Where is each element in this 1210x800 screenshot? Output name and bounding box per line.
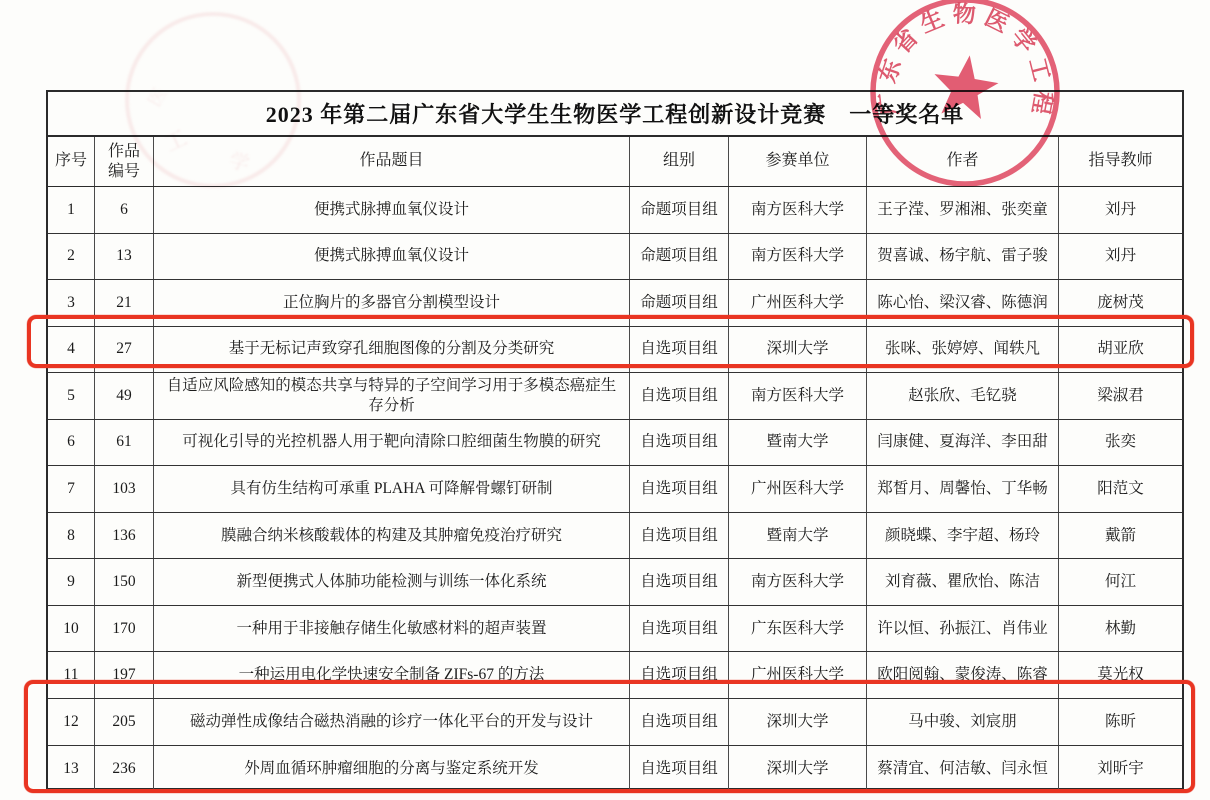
cell-no: 5: [48, 373, 95, 419]
cell-code: 205: [95, 699, 154, 745]
cell-group: 自选项目组: [630, 606, 729, 652]
cell-title: 自适应风险感知的模态共享与特异的子空间学习用于多模态癌症生存分析: [154, 373, 630, 419]
cell-group: 命题项目组: [630, 280, 729, 326]
cell-title: 一种运用电化学快速安全制备 ZIFs-67 的方法: [154, 652, 630, 698]
cell-code: 6: [95, 187, 154, 233]
table-row: 5 49 自适应风险感知的模态共享与特异的子空间学习用于多模态癌症生存分析 自选…: [48, 373, 1182, 420]
table-header-row: 序号 作品 编号 作品题目 组别 参赛单位 作者 指导教师: [48, 137, 1182, 187]
cell-title: 具有仿生结构可承重 PLAHA 可降解骨螺钉研制: [154, 466, 630, 512]
cell-code: 49: [95, 373, 154, 419]
cell-authors: 许以恒、孙振江、肖伟业: [867, 606, 1059, 652]
cell-code: 170: [95, 606, 154, 652]
cell-no: 8: [48, 513, 95, 559]
cell-title: 便携式脉搏血氧仪设计: [154, 187, 630, 233]
cell-unit: 南方医科大学: [729, 373, 867, 419]
cell-title: 便携式脉搏血氧仪设计: [154, 234, 630, 280]
cell-authors: 张咪、张婷婷、闻轶凡: [867, 327, 1059, 373]
cell-authors: 贺喜诚、杨宇航、雷子骏: [867, 234, 1059, 280]
cell-code: 236: [95, 746, 154, 793]
cell-advisor: 刘丹: [1059, 187, 1182, 233]
cell-no: 13: [48, 746, 95, 793]
cell-advisor: 张奕: [1059, 420, 1182, 466]
cell-advisor: 何江: [1059, 559, 1182, 605]
cell-unit: 广州医科大学: [729, 280, 867, 326]
cell-title: 可视化引导的光控机器人用于靶向清除口腔细菌生物膜的研究: [154, 420, 630, 466]
cell-title: 外周血循环肿瘤细胞的分离与鉴定系统开发: [154, 746, 630, 793]
cell-no: 2: [48, 234, 95, 280]
cell-advisor: 庞树茂: [1059, 280, 1182, 326]
cell-title: 磁动弹性成像结合磁热消融的诊疗一体化平台的开发与设计: [154, 699, 630, 745]
cell-no: 6: [48, 420, 95, 466]
table-row: 8 136 膜融合纳米核酸载体的构建及其肿瘤免疫治疗研究 自选项目组 暨南大学 …: [48, 513, 1182, 560]
cell-code: 136: [95, 513, 154, 559]
cell-authors: 蔡清宜、何洁敏、闫永恒: [867, 746, 1059, 793]
cell-unit: 暨南大学: [729, 513, 867, 559]
table-row: 12 205 磁动弹性成像结合磁热消融的诊疗一体化平台的开发与设计 自选项目组 …: [48, 699, 1182, 746]
cell-group: 自选项目组: [630, 559, 729, 605]
cell-authors: 郑皙月、周馨怡、丁华畅: [867, 466, 1059, 512]
document-title: 2023 年第二届广东省大学生生物医学工程创新设计竞赛 一等奖名单: [48, 92, 1182, 137]
table-row: 13 236 外周血循环肿瘤细胞的分离与鉴定系统开发 自选项目组 深圳大学 蔡清…: [48, 746, 1182, 793]
cell-advisor: 陈昕: [1059, 699, 1182, 745]
cell-advisor: 刘丹: [1059, 234, 1182, 280]
header-no: 序号: [48, 137, 95, 186]
table-row: 11 197 一种运用电化学快速安全制备 ZIFs-67 的方法 自选项目组 广…: [48, 652, 1182, 699]
cell-code: 197: [95, 652, 154, 698]
cell-no: 1: [48, 187, 95, 233]
cell-unit: 南方医科大学: [729, 234, 867, 280]
header-unit: 参赛单位: [729, 137, 867, 186]
table-row: 9 150 新型便携式人体肺功能检测与训练一体化系统 自选项目组 南方医科大学 …: [48, 559, 1182, 606]
cell-authors: 赵张欣、毛钇骁: [867, 373, 1059, 419]
cell-authors: 马中骏、刘宸朋: [867, 699, 1059, 745]
table-row: 3 21 正位胸片的多器官分割模型设计 命题项目组 广州医科大学 陈心怡、梁汉睿…: [48, 280, 1182, 327]
cell-unit: 南方医科大学: [729, 187, 867, 233]
cell-code: 61: [95, 420, 154, 466]
table-row: 4 27 基于无标记声致穿孔细胞图像的分割及分类研究 自选项目组 深圳大学 张咪…: [48, 327, 1182, 374]
cell-advisor: 戴箭: [1059, 513, 1182, 559]
cell-no: 7: [48, 466, 95, 512]
cell-code: 150: [95, 559, 154, 605]
cell-unit: 深圳大学: [729, 699, 867, 745]
cell-no: 11: [48, 652, 95, 698]
cell-group: 自选项目组: [630, 513, 729, 559]
table-row: 2 13 便携式脉搏血氧仪设计 命题项目组 南方医科大学 贺喜诚、杨宇航、雷子骏…: [48, 234, 1182, 281]
table-row: 1 6 便携式脉搏血氧仪设计 命题项目组 南方医科大学 王子滢、罗湘湘、张奕童 …: [48, 187, 1182, 234]
cell-title: 新型便携式人体肺功能检测与训练一体化系统: [154, 559, 630, 605]
table-row: 6 61 可视化引导的光控机器人用于靶向清除口腔细菌生物膜的研究 自选项目组 暨…: [48, 420, 1182, 467]
cell-authors: 颜晓蝶、李宇超、杨玲: [867, 513, 1059, 559]
cell-group: 自选项目组: [630, 746, 729, 793]
cell-code: 13: [95, 234, 154, 280]
cell-group: 命题项目组: [630, 187, 729, 233]
cell-code: 103: [95, 466, 154, 512]
cell-authors: 刘育薇、瞿欣怡、陈洁: [867, 559, 1059, 605]
cell-unit: 广东医科大学: [729, 606, 867, 652]
cell-authors: 闫康健、夏海洋、李田甜: [867, 420, 1059, 466]
cell-group: 自选项目组: [630, 420, 729, 466]
cell-unit: 深圳大学: [729, 746, 867, 793]
cell-unit: 广州医科大学: [729, 466, 867, 512]
table-row: 7 103 具有仿生结构可承重 PLAHA 可降解骨螺钉研制 自选项目组 广州医…: [48, 466, 1182, 513]
cell-group: 自选项目组: [630, 373, 729, 419]
cell-group: 自选项目组: [630, 699, 729, 745]
cell-group: 命题项目组: [630, 234, 729, 280]
cell-title: 基于无标记声致穿孔细胞图像的分割及分类研究: [154, 327, 630, 373]
cell-unit: 广州医科大学: [729, 652, 867, 698]
cell-code: 21: [95, 280, 154, 326]
cell-no: 12: [48, 699, 95, 745]
cell-no: 3: [48, 280, 95, 326]
cell-no: 10: [48, 606, 95, 652]
table-body: 1 6 便携式脉搏血氧仪设计 命题项目组 南方医科大学 王子滢、罗湘湘、张奕童 …: [48, 187, 1182, 792]
cell-title: 正位胸片的多器官分割模型设计: [154, 280, 630, 326]
cell-advisor: 梁淑君: [1059, 373, 1182, 419]
header-advisor: 指导教师: [1059, 137, 1182, 186]
header-work-title: 作品题目: [154, 137, 630, 186]
cell-advisor: 胡亚欣: [1059, 327, 1182, 373]
cell-group: 自选项目组: [630, 652, 729, 698]
cell-advisor: 刘昕宇: [1059, 746, 1182, 793]
cell-advisor: 莫光权: [1059, 652, 1182, 698]
cell-advisor: 林勤: [1059, 606, 1182, 652]
cell-authors: 欧阳阅翰、蒙俊涛、陈睿: [867, 652, 1059, 698]
cell-title: 膜融合纳米核酸载体的构建及其肿瘤免疫治疗研究: [154, 513, 630, 559]
award-table: 2023 年第二届广东省大学生生物医学工程创新设计竞赛 一等奖名单 序号 作品 …: [46, 90, 1184, 790]
header-code-line1: 作品: [108, 142, 140, 162]
cell-unit: 暨南大学: [729, 420, 867, 466]
cell-unit: 深圳大学: [729, 327, 867, 373]
header-code: 作品 编号: [95, 137, 154, 186]
cell-group: 自选项目组: [630, 466, 729, 512]
cell-advisor: 阳范文: [1059, 466, 1182, 512]
header-authors: 作者: [867, 137, 1059, 186]
cell-no: 9: [48, 559, 95, 605]
cell-authors: 王子滢、罗湘湘、张奕童: [867, 187, 1059, 233]
header-group: 组别: [630, 137, 729, 186]
cell-authors: 陈心怡、梁汉睿、陈德润: [867, 280, 1059, 326]
header-code-line2: 编号: [108, 162, 140, 182]
cell-unit: 南方医科大学: [729, 559, 867, 605]
cell-code: 27: [95, 327, 154, 373]
cell-no: 4: [48, 327, 95, 373]
cell-title: 一种用于非接触存储生化敏感材料的超声装置: [154, 606, 630, 652]
table-row: 10 170 一种用于非接触存储生化敏感材料的超声装置 自选项目组 广东医科大学…: [48, 606, 1182, 653]
cell-group: 自选项目组: [630, 327, 729, 373]
